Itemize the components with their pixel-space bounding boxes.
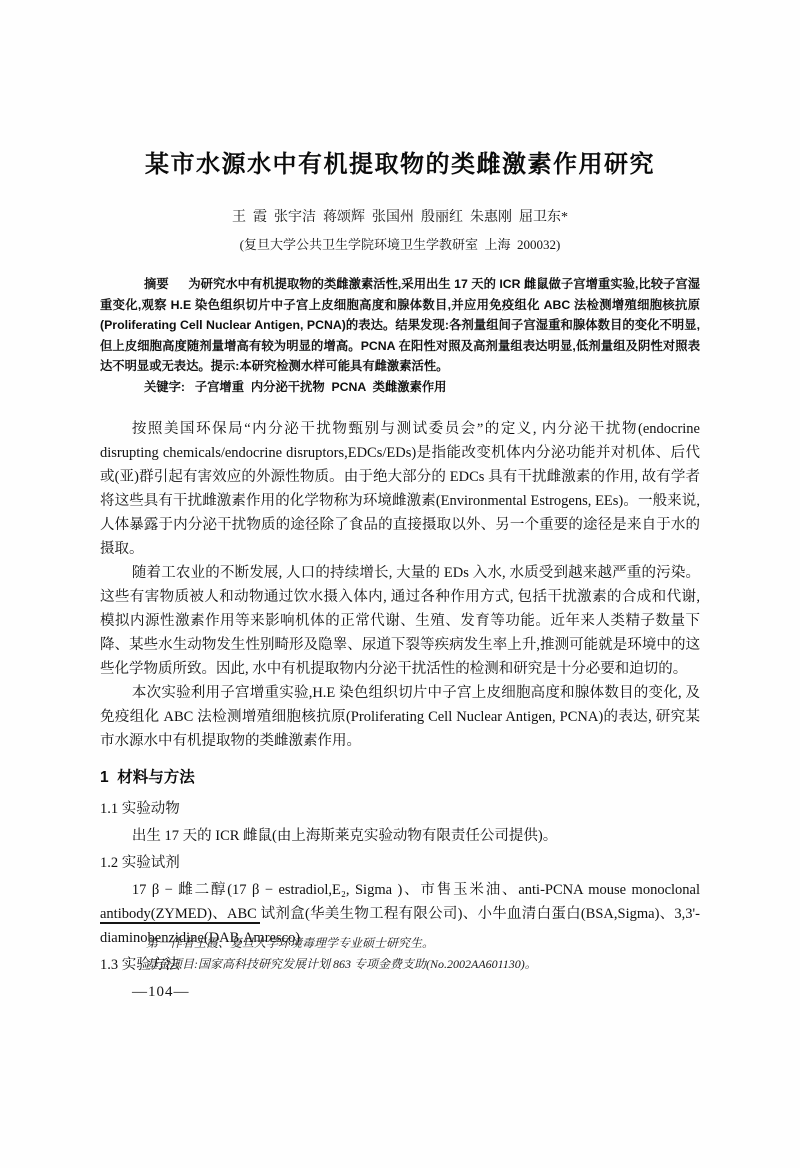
- abstract-section: 摘要为研究水中有机提取物的类雌激素活性,采用出生 17 天的 ICR 雌鼠做子宫…: [100, 274, 700, 397]
- paper-page: 某市水源水中有机提取物的类雌激素作用研究 王 霞 张宇洁 蒋颂辉 张国州 殷丽红…: [0, 0, 800, 1168]
- footnote-block: 第一作者王霞、复旦大学环境毒理学专业硕士研究生。 基金项目:国家高科技研究发展计…: [100, 922, 700, 975]
- subsection-heading-reagents: 1.2 实验试剂: [100, 851, 700, 875]
- abstract-label: 摘要: [144, 277, 169, 291]
- footnote-author-note: 第一作者王霞、复旦大学环境毒理学专业硕士研究生。: [100, 933, 700, 954]
- abstract-paragraph: 摘要为研究水中有机提取物的类雌激素活性,采用出生 17 天的 ICR 雌鼠做子宫…: [100, 274, 700, 377]
- paper-content: 某市水源水中有机提取物的类雌激素作用研究 王 霞 张宇洁 蒋颂辉 张国州 殷丽红…: [100, 0, 700, 980]
- intro-paragraph-2: 随着工农业的不断发展, 人口的持续增长, 大量的 EDs 入水, 水质受到越来越…: [100, 561, 700, 681]
- footnote-divider: [100, 922, 260, 924]
- page-number: —104—: [132, 982, 190, 1002]
- animals-paragraph: 出生 17 天的 ICR 雌鼠(由上海斯莱克实验动物有限责任公司提供)。: [100, 824, 700, 848]
- affiliation: (复旦大学公共卫生学院环境卫生学教研室 上海 200032): [100, 236, 700, 254]
- author-list: 王 霞 张宇洁 蒋颂辉 张国州 殷丽红 朱惠刚 屈卫东*: [100, 208, 700, 227]
- intro-paragraph-3: 本次实验利用子宫增重实验,H.E 染色组织切片中子宫上皮细胞高度和腺体数目的变化…: [100, 681, 700, 753]
- keywords-line: 关键字:子宫增重 内分泌干扰物 PCNA 类雌激素作用: [100, 377, 700, 398]
- abstract-text: 为研究水中有机提取物的类雌激素活性,采用出生 17 天的 ICR 雌鼠做子宫增重…: [100, 277, 700, 373]
- subsection-heading-animals: 1.1 实验动物: [100, 797, 700, 821]
- keywords-label: 关键字:: [144, 380, 185, 394]
- section-heading-methods: 1 材料与方法: [100, 767, 700, 789]
- footnote-funding-note: 基金项目:国家高科技研究发展计划 863 专项金费支助(No.2002AA601…: [100, 954, 700, 975]
- keywords-text: 子宫增重 内分泌干扰物 PCNA 类雌激素作用: [195, 380, 447, 394]
- paper-title: 某市水源水中有机提取物的类雌激素作用研究: [100, 148, 700, 182]
- intro-paragraph-1: 按照美国环保局“内分泌干扰物甄别与测试委员会”的定义, 内分泌干扰物(endoc…: [100, 417, 700, 561]
